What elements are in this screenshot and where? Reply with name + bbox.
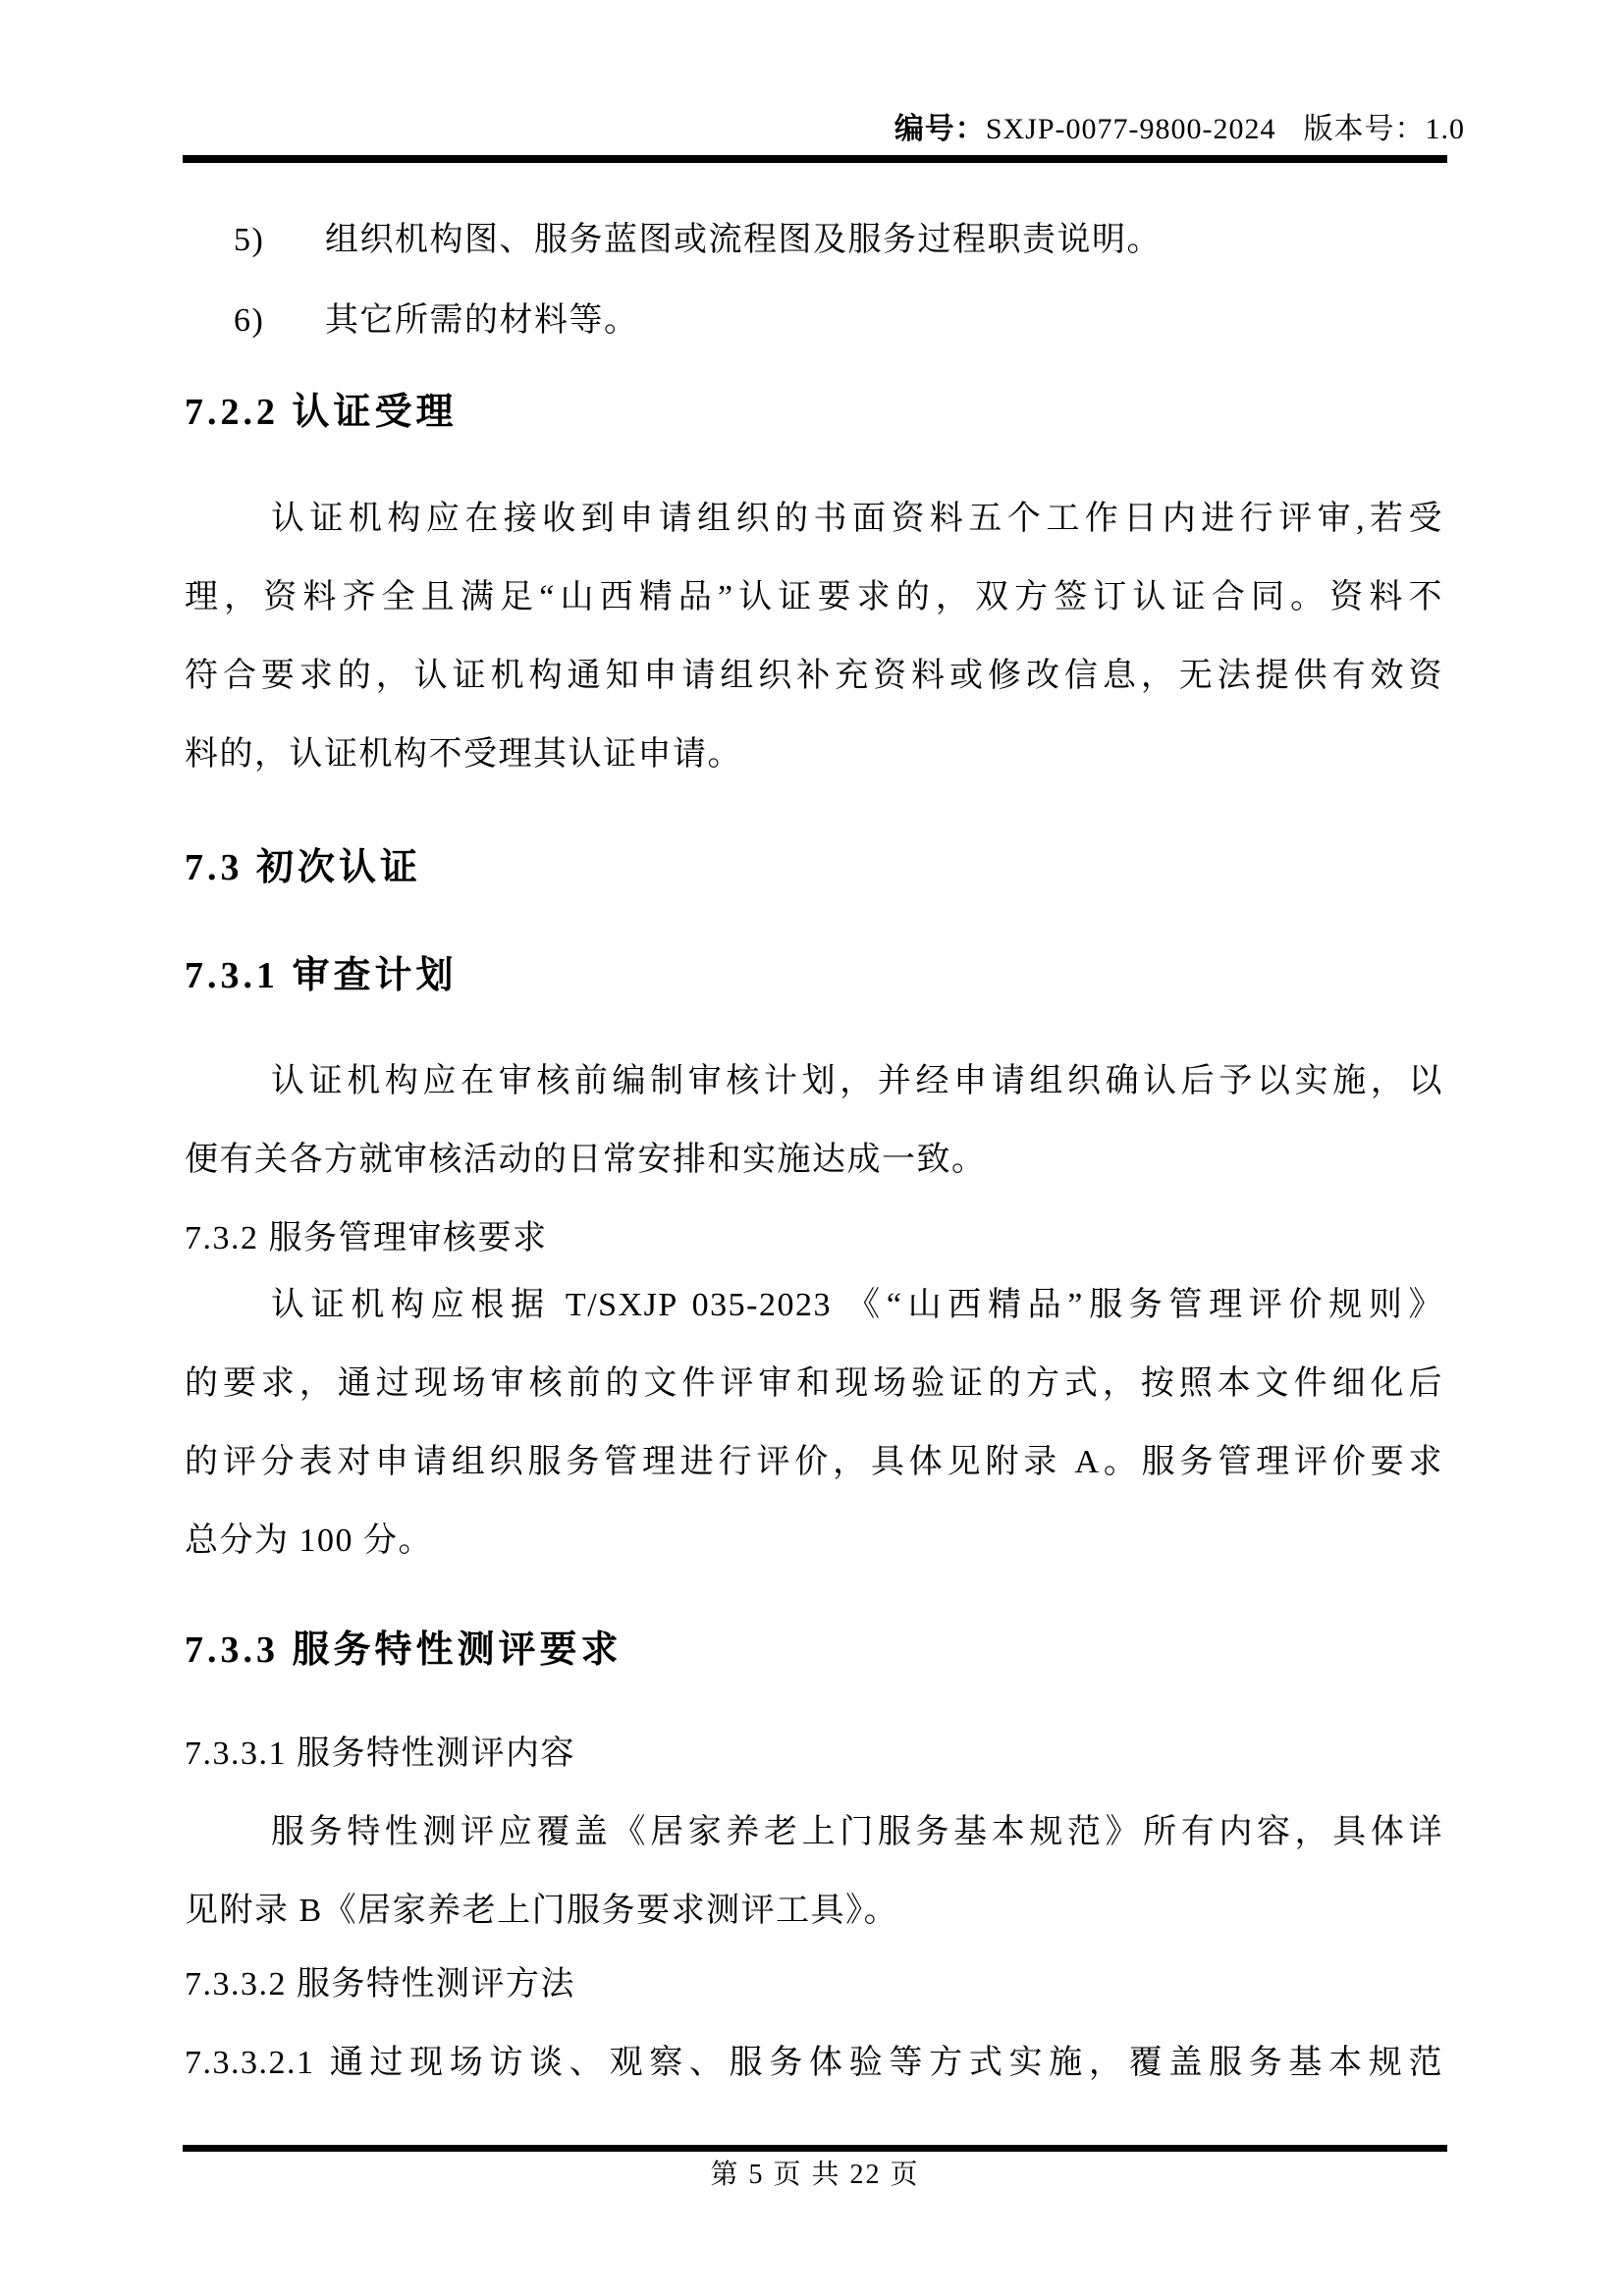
list-item-5-marker: 5) — [234, 217, 325, 264]
paragraph-line: 服务特性测评应覆盖《居家养老上门服务基本规范》所有内容，具体详 — [185, 1793, 1443, 1872]
paragraph-7-3-3-1: 服务特性测评应覆盖《居家养老上门服务基本规范》所有内容，具体详 见附录 B《居家… — [185, 1793, 1443, 1950]
paragraph-line: 认证机构应根据 T/SXJP 035-2023 《“山西精品”服务管理评价规则》 — [185, 1266, 1443, 1345]
paragraph-line: 符合要求的，认证机构通知申请组织补充资料或修改信息，无法提供有效资 — [185, 637, 1443, 716]
header-rule — [183, 155, 1447, 163]
paragraph-line: 的要求，通过现场审核前的文件评审和现场验证的方式，按照本文件细化后 — [185, 1345, 1443, 1423]
page-footer: 第 5 页 共 22 页 — [183, 2156, 1447, 2195]
subclause-7-3-3-1: 7.3.3.1 服务特性测评内容 — [185, 1731, 1443, 1778]
paragraph-line: 见附录 B《居家养老上门服务要求测评工具》。 — [185, 1872, 1443, 1950]
document-page: 编号：SXJP-0077-9800-2024版本号：1.0 5)组织机构图、服务… — [0, 0, 1624, 2296]
heading-7-3-1: 7.3.1 审查计划 — [185, 950, 1443, 1001]
paragraph-line: 理，资料齐全且满足“山西精品”认证要求的，双方签订认证合同。资料不 — [185, 559, 1443, 637]
paragraph-7-3-1: 认证机构应在审核前编制审核计划，并经申请组织确认后予以实施，以 便有关各方就审核… — [185, 1042, 1443, 1200]
paragraph-line: 认证机构应在接收到申请组织的书面资料五个工作日内进行评审,若受 — [185, 480, 1443, 559]
paragraph-line: 总分为 100 分。 — [185, 1502, 1443, 1580]
list-item-6-text: 其它所需的材料等。 — [325, 302, 639, 339]
subclause-7-3-3-2-1: 7.3.3.2.1 通过现场访谈、观察、服务体验等方式实施，覆盖服务基本规范 — [185, 2040, 1443, 2087]
subclause-7-3-2: 7.3.2 服务管理审核要求 — [185, 1215, 1443, 1262]
heading-7-3-3: 7.3.3 服务特性测评要求 — [185, 1625, 1443, 1676]
list-item-5: 5)组织机构图、服务蓝图或流程图及服务过程职责说明。 — [185, 217, 1492, 264]
paragraph-7-2-2: 认证机构应在接收到申请组织的书面资料五个工作日内进行评审,若受 理，资料齐全且满… — [185, 480, 1443, 794]
heading-7-3: 7.3 初次认证 — [185, 842, 1443, 893]
doc-code-value: SXJP-0077-9800-2024 — [986, 113, 1276, 145]
paragraph-7-3-2: 认证机构应根据 T/SXJP 035-2023 《“山西精品”服务管理评价规则》… — [185, 1266, 1443, 1580]
list-item-5-text: 组织机构图、服务蓝图或流程图及服务过程职责说明。 — [325, 222, 1162, 258]
paragraph-line: 便有关各方就审核活动的日常安排和实施达成一致。 — [185, 1121, 1443, 1200]
paragraph-line: 的评分表对申请组织服务管理进行评价，具体见附录 A。服务管理评价要求 — [185, 1423, 1443, 1502]
list-item-6: 6)其它所需的材料等。 — [185, 297, 1492, 345]
paragraph-line: 认证机构应在审核前编制审核计划，并经申请组织确认后予以实施，以 — [185, 1042, 1443, 1121]
doc-code-label: 编号： — [894, 113, 986, 145]
page-header: 编号：SXJP-0077-9800-2024版本号：1.0 — [894, 110, 1465, 149]
footer-rule — [183, 2145, 1447, 2152]
heading-7-2-2: 7.2.2 认证受理 — [185, 387, 1443, 438]
list-item-6-marker: 6) — [234, 297, 325, 345]
paragraph-line: 料的，认证机构不受理其认证申请。 — [185, 716, 1443, 794]
doc-version-label: 版本号： — [1304, 113, 1426, 145]
subclause-7-3-3-2: 7.3.3.2 服务特性测评方法 — [185, 1961, 1443, 2008]
doc-version-value: 1.0 — [1426, 113, 1466, 145]
